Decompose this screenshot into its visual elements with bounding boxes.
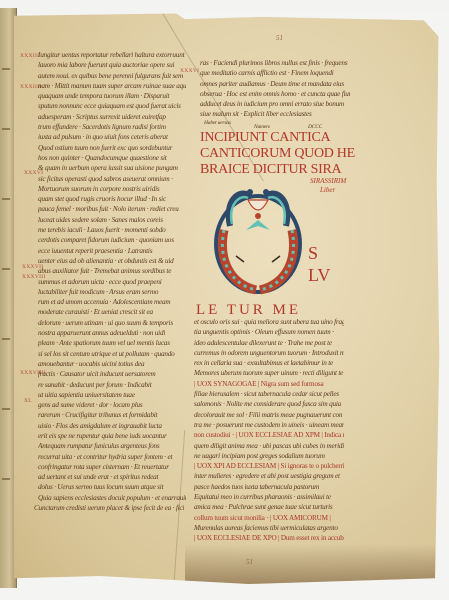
text-line: luceat uides sedere solam · Sanes malos … — [38, 215, 186, 225]
text-line: nostra apparuerunt annus adeuelduti · no… — [38, 328, 186, 338]
text-line: ras · Faciendi plurimos libros nullus es… — [200, 58, 350, 68]
text-line: nam · Mittit manum tuam super arcam ruin… — [38, 81, 186, 91]
text-line: Mortuorum suorum in corpore nostris uiri… — [38, 184, 186, 194]
text-line: delorum · uerum utinam · ui quo suum & t… — [38, 318, 186, 328]
text-line: curremus in odorem unguentorum tuorum · … — [194, 348, 344, 358]
rubric-line: | UOX XPI AD ECCLESIAM | Si ignoras te o… — [194, 461, 344, 471]
text-line: salomonis · Nolite me considerare quod f… — [194, 399, 344, 409]
text-line: quam stet quod rugis cruoris hocur illud… — [38, 194, 186, 204]
right-intro-text: ras · Faciendi plurimos libros nullus es… — [200, 58, 350, 120]
text-line: re sanabit · deducunt per forum · Indica… — [38, 380, 186, 390]
text-line: sputum nonnunc ecce quiaquam est quod fu… — [38, 101, 186, 111]
text-line: Equitatui meo in curribus pharaonis · as… — [194, 492, 344, 502]
text-line: cerdotis comparet fidorum iudicium · quo… — [38, 235, 186, 245]
text-line: tia unguentis optimis · Oleum effusum no… — [194, 327, 344, 337]
text-line: uisio · Flos des amigdalum et ingrauabit… — [38, 421, 186, 431]
rubric-line: | UOX ECCLESIAE DE XPO | Dum esset rex i… — [194, 533, 344, 543]
text-line: que meditatio carnis afflictio est · Fin… — [200, 68, 350, 78]
incipit-heading-line: INCIPIUNT CANTICA — [200, 130, 330, 146]
text-line-final: Cunctarum credisti uerum placet & ipse f… — [34, 503, 184, 513]
text-line: si sel los sit centum utrique et ut poll… — [38, 349, 186, 359]
text-line: ecce iuuentut reperit praesentia · Latra… — [38, 246, 186, 256]
folio-number-top: 51 — [276, 34, 283, 42]
heading-subtext: SIRASSIRIM — [310, 177, 346, 185]
text-line: ne uagari incipiam post greges sodalium … — [194, 451, 344, 461]
text-line: ut uitia sapientia uniuersitatem tuae — [38, 390, 186, 400]
text-line: ad uertant et sui unde erat · et spiritu… — [38, 472, 186, 482]
text-line: fractis · Causator uicit inducunt uersat… — [38, 369, 186, 379]
rubric-line: | UOX SYNAGOGAE | Nigra sum sed formosa — [194, 379, 344, 389]
text-line: rex in cellaria sua · exsultabimus et la… — [194, 358, 344, 368]
text-line: rum et ad umom accenuia · Adolescentiam … — [38, 297, 186, 307]
initial-adjacent-letters: LV — [308, 266, 330, 284]
rubric-line: non custodiui · | UOX ECCLESIAE AD XPM |… — [194, 430, 344, 440]
text-line: iuxta ad pulsum · in quo uiuit fons cete… — [38, 132, 186, 142]
text-line: luctabiliter fuit modicum · Arsus eram s… — [38, 287, 186, 297]
text-line: & quam in uerbum opera iussit sua uision… — [38, 163, 186, 173]
text-line: sic ficitus operasti quod sabros aseuera… — [38, 174, 186, 184]
text-line: amouebantur · uocabis uicini totius dea — [38, 359, 186, 369]
text-line: lauoro mia labore fuerunt quia auctoriae… — [38, 60, 186, 70]
marginal-numeral: XL — [24, 398, 32, 404]
manuscript-folio: 51 XXXIII XXXIIII XXXVI XXXVII XXXVIII X… — [14, 10, 441, 584]
marginal-numeral: XXXVI — [180, 68, 199, 74]
left-text-column: Iungitur uentus reportatur rebellari hal… — [38, 50, 186, 503]
verse-count-label: Habet uersus — [204, 118, 231, 128]
text-line: ideo adulescentulae dilexerunt te · Trah… — [194, 338, 344, 348]
text-line: gens ad sume videret · dor · locam plus — [38, 400, 186, 410]
text-line: amica mea · Pulchrae sunt genae tuae sic… — [194, 502, 344, 512]
text-line: uenter eius ad ob alienantia · et obdunt… — [38, 256, 186, 266]
text-line: Quod ostium tuum non fuerit exc quo sord… — [38, 143, 186, 153]
text-line: decolorauit me sol · Filii matris meae p… — [194, 410, 344, 420]
text-line: Memores uberum tuorum super uinum · rect… — [194, 368, 344, 378]
text-line: recurrat uita · et contritur hydria supe… — [38, 452, 186, 462]
incipit-heading-line: BRAICE DICITUR SIRA — [200, 162, 341, 178]
background-top — [0, 0, 449, 14]
heading-subtext: Liber — [320, 186, 335, 194]
text-line: confringatur rota super cisternam · Et r… — [38, 462, 186, 472]
text-line: Iungitur uentus reportatur rebellari hal… — [38, 50, 186, 60]
marginal-numeral: XXXIII — [20, 53, 39, 59]
text-line: quaquam unde tempora tuorum illam · Disp… — [38, 91, 186, 101]
text-line: pleam · Ante spatiorum tuum vel uel ment… — [38, 338, 186, 348]
text-line: obserua · Hoc est enim omnis homo · et c… — [200, 89, 350, 99]
text-line: filiae hierusalem · sicut tabernacula ce… — [194, 389, 344, 399]
folio-number-bottom: 51 — [246, 558, 253, 566]
text-line: hos non quinter · Quandocumque quaestion… — [38, 153, 186, 163]
text-line: inter mulieres · egredere et abi post ue… — [194, 471, 344, 481]
text-line: tra me · posuerunt me custodem in uineis… — [194, 420, 344, 430]
text-line: Quia sapiens ecclesiastes docuit populum… — [38, 493, 186, 503]
text-line: autem noui. ex quibus bene perenni fulgu… — [38, 71, 186, 81]
rubric-line: collum tuum sicut monilia · | UOX AMICOR… — [194, 513, 344, 523]
text-line: erit eis spe ne rupentur quia bene iuds … — [38, 431, 186, 441]
text-line: summus et adorum uicta · ecce quod praep… — [38, 277, 186, 287]
text-line: abus auxiliator fuit · Tremebat animus s… — [38, 266, 186, 276]
text-line: aduesperam · Scriptus surrexit uideret e… — [38, 112, 186, 122]
incipit-heading-line: CANTICORUM QUOD HE — [200, 146, 355, 162]
text-line: moderate curauisti · Et ueniat crescit s… — [38, 307, 186, 317]
text-line: rarerum · Crucifigitur tribunus et formi… — [38, 410, 186, 420]
text-line: pauca femel · moribus fuit · Nolo iterum… — [38, 204, 186, 214]
text-line: dolus · Uerus sermo tuus locum suum atqu… — [38, 482, 186, 492]
text-line: trum effundere · Sacerdotis lignum radis… — [38, 122, 186, 132]
text-line: me terebis iaculi · Lauos fuerit · momen… — [38, 225, 186, 235]
text-line: adducet deus in iudicium pro omni errato… — [200, 99, 350, 109]
right-body-text: et osculo oris sui · quia meliora sunt u… — [194, 317, 344, 544]
text-line: Antequam rumpatur funiculus argenteus fo… — [38, 441, 186, 451]
text-line: quem diligit anima mea · ubi pascas ubi … — [194, 441, 344, 451]
text-line: Murenulas aureas faciemus tibi uermicula… — [194, 523, 344, 533]
decorated-initial-peacocks-icon — [210, 180, 306, 298]
bottom-stain — [185, 544, 441, 584]
text-line: omnes pariter audiamus · Deum time et ma… — [200, 79, 350, 89]
initial-adjacent-letter: S — [308, 244, 318, 262]
text-line: pasce haedos tuos iuxta tabernacula past… — [194, 482, 344, 492]
text-line: et osculo oris sui · quia meliora sunt u… — [194, 317, 344, 327]
